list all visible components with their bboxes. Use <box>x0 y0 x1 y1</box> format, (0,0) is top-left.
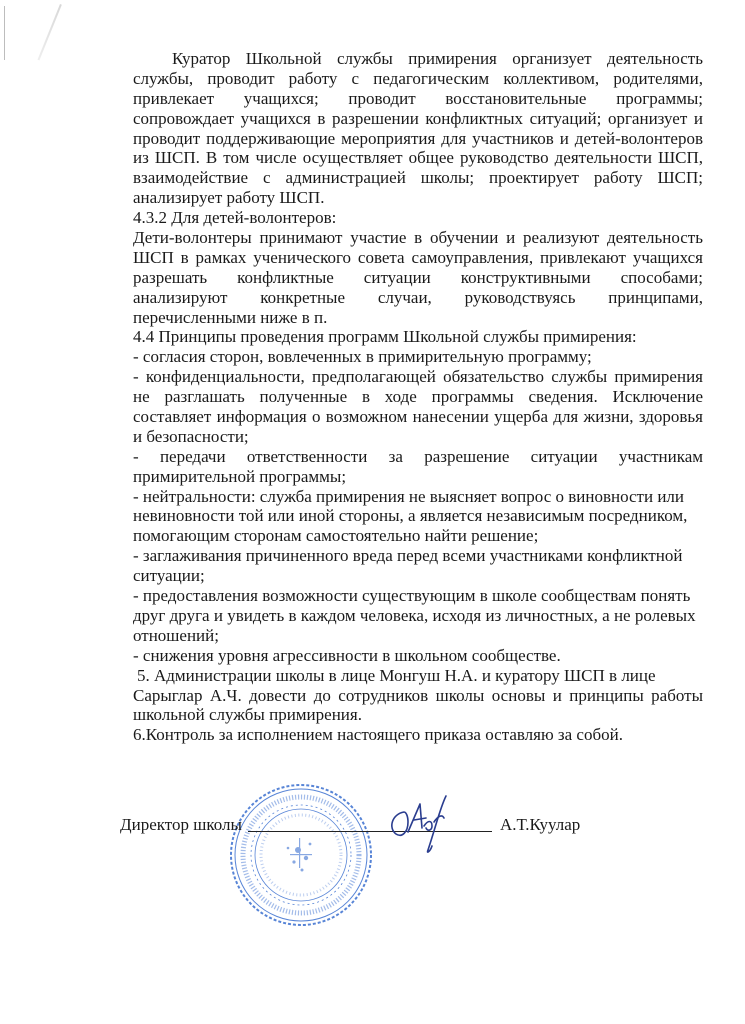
document-body: Куратор Школьной службы примирения орган… <box>133 49 703 745</box>
text-line: перечисленными ниже в п. <box>133 308 703 328</box>
principle-line: - предоставления возможности существующи… <box>133 586 703 606</box>
text-line: привлекает учащихся; проводит восстанови… <box>133 89 703 109</box>
principles-list: - согласия сторон, вовлеченных в примири… <box>133 347 703 665</box>
principle-line: - снижения уровня агрессивности в школьн… <box>133 646 703 666</box>
principle-line: помогающим сторонам самостоятельно найти… <box>133 526 703 546</box>
item-5: 5. Администрации школы в лице Монгуш Н.А… <box>133 666 703 726</box>
principle-line: примирительной программы; <box>133 467 703 487</box>
signatory-role: Директор школы <box>120 815 242 835</box>
text-line: школьной службы примирения. <box>133 705 703 725</box>
principle-line: - конфиденциальности, предполагающей обя… <box>133 367 703 387</box>
text-line: анализирует работу ШСП. <box>133 188 703 208</box>
principle-line: - нейтральности: служба примирения не вы… <box>133 487 703 507</box>
paragraph-volunteers: Дети-волонтеры принимают участие в обуче… <box>133 228 703 327</box>
principle-line: отношений; <box>133 626 703 646</box>
principle-line: невиновности той или иной стороны, а явл… <box>133 506 703 526</box>
scan-edge-artifact <box>4 6 5 60</box>
section-heading-principles: 4.4 Принципы проведения программ Школьно… <box>133 327 703 347</box>
text-line: анализируют конкретные случаи, руководст… <box>133 288 703 308</box>
scan-streak-artifact <box>38 4 62 60</box>
text-line: взаимодействие с администрацией школы; п… <box>133 168 703 188</box>
principle-line: ситуации; <box>133 566 703 586</box>
principle-line: друг друга и увидеть в каждом человека, … <box>133 606 703 626</box>
text-line: проводит поддерживающие мероприятия для … <box>133 129 703 149</box>
principle-line: и безопасности; <box>133 427 703 447</box>
text-line: сопровождает учащихся в разрешении конфл… <box>133 109 703 129</box>
principle-line: составляет информация о возможном нанесе… <box>133 407 703 427</box>
text-line: службы, проводит работу с педагогическим… <box>133 69 703 89</box>
text-line: разрешать конфликтные ситуации конструкт… <box>133 268 703 288</box>
official-stamp-icon <box>228 782 374 928</box>
text-line: из ШСП. В том числе осуществляет общее р… <box>133 148 703 168</box>
section-heading-volunteers: 4.3.2 Для детей-волонтеров: <box>133 208 703 228</box>
principle-line: - заглаживания причиненного вреда перед … <box>133 546 703 566</box>
principle-line: не разглашать полученные в ходе программ… <box>133 387 703 407</box>
text-line: 5. Администрации школы в лице Монгуш Н.А… <box>133 666 703 686</box>
text-line: Куратор Школьной службы примирения орган… <box>133 49 703 69</box>
signatory-name: А.Т.Куулар <box>500 815 580 835</box>
item-6: 6.Контроль за исполнением настоящего при… <box>133 725 703 745</box>
principle-line: - согласия сторон, вовлеченных в примири… <box>133 347 703 367</box>
principle-line: - передачи ответственности за разрешение… <box>133 447 703 467</box>
text-line: Сарыглар А.Ч. довести до сотрудников шко… <box>133 686 703 706</box>
paragraph-curator: Куратор Школьной службы примирения орган… <box>133 49 703 208</box>
text-line: ШСП в рамках ученического совета самоупр… <box>133 248 703 268</box>
handwritten-signature-icon <box>384 792 464 856</box>
text-line: Дети-волонтеры принимают участие в обуче… <box>133 228 703 248</box>
